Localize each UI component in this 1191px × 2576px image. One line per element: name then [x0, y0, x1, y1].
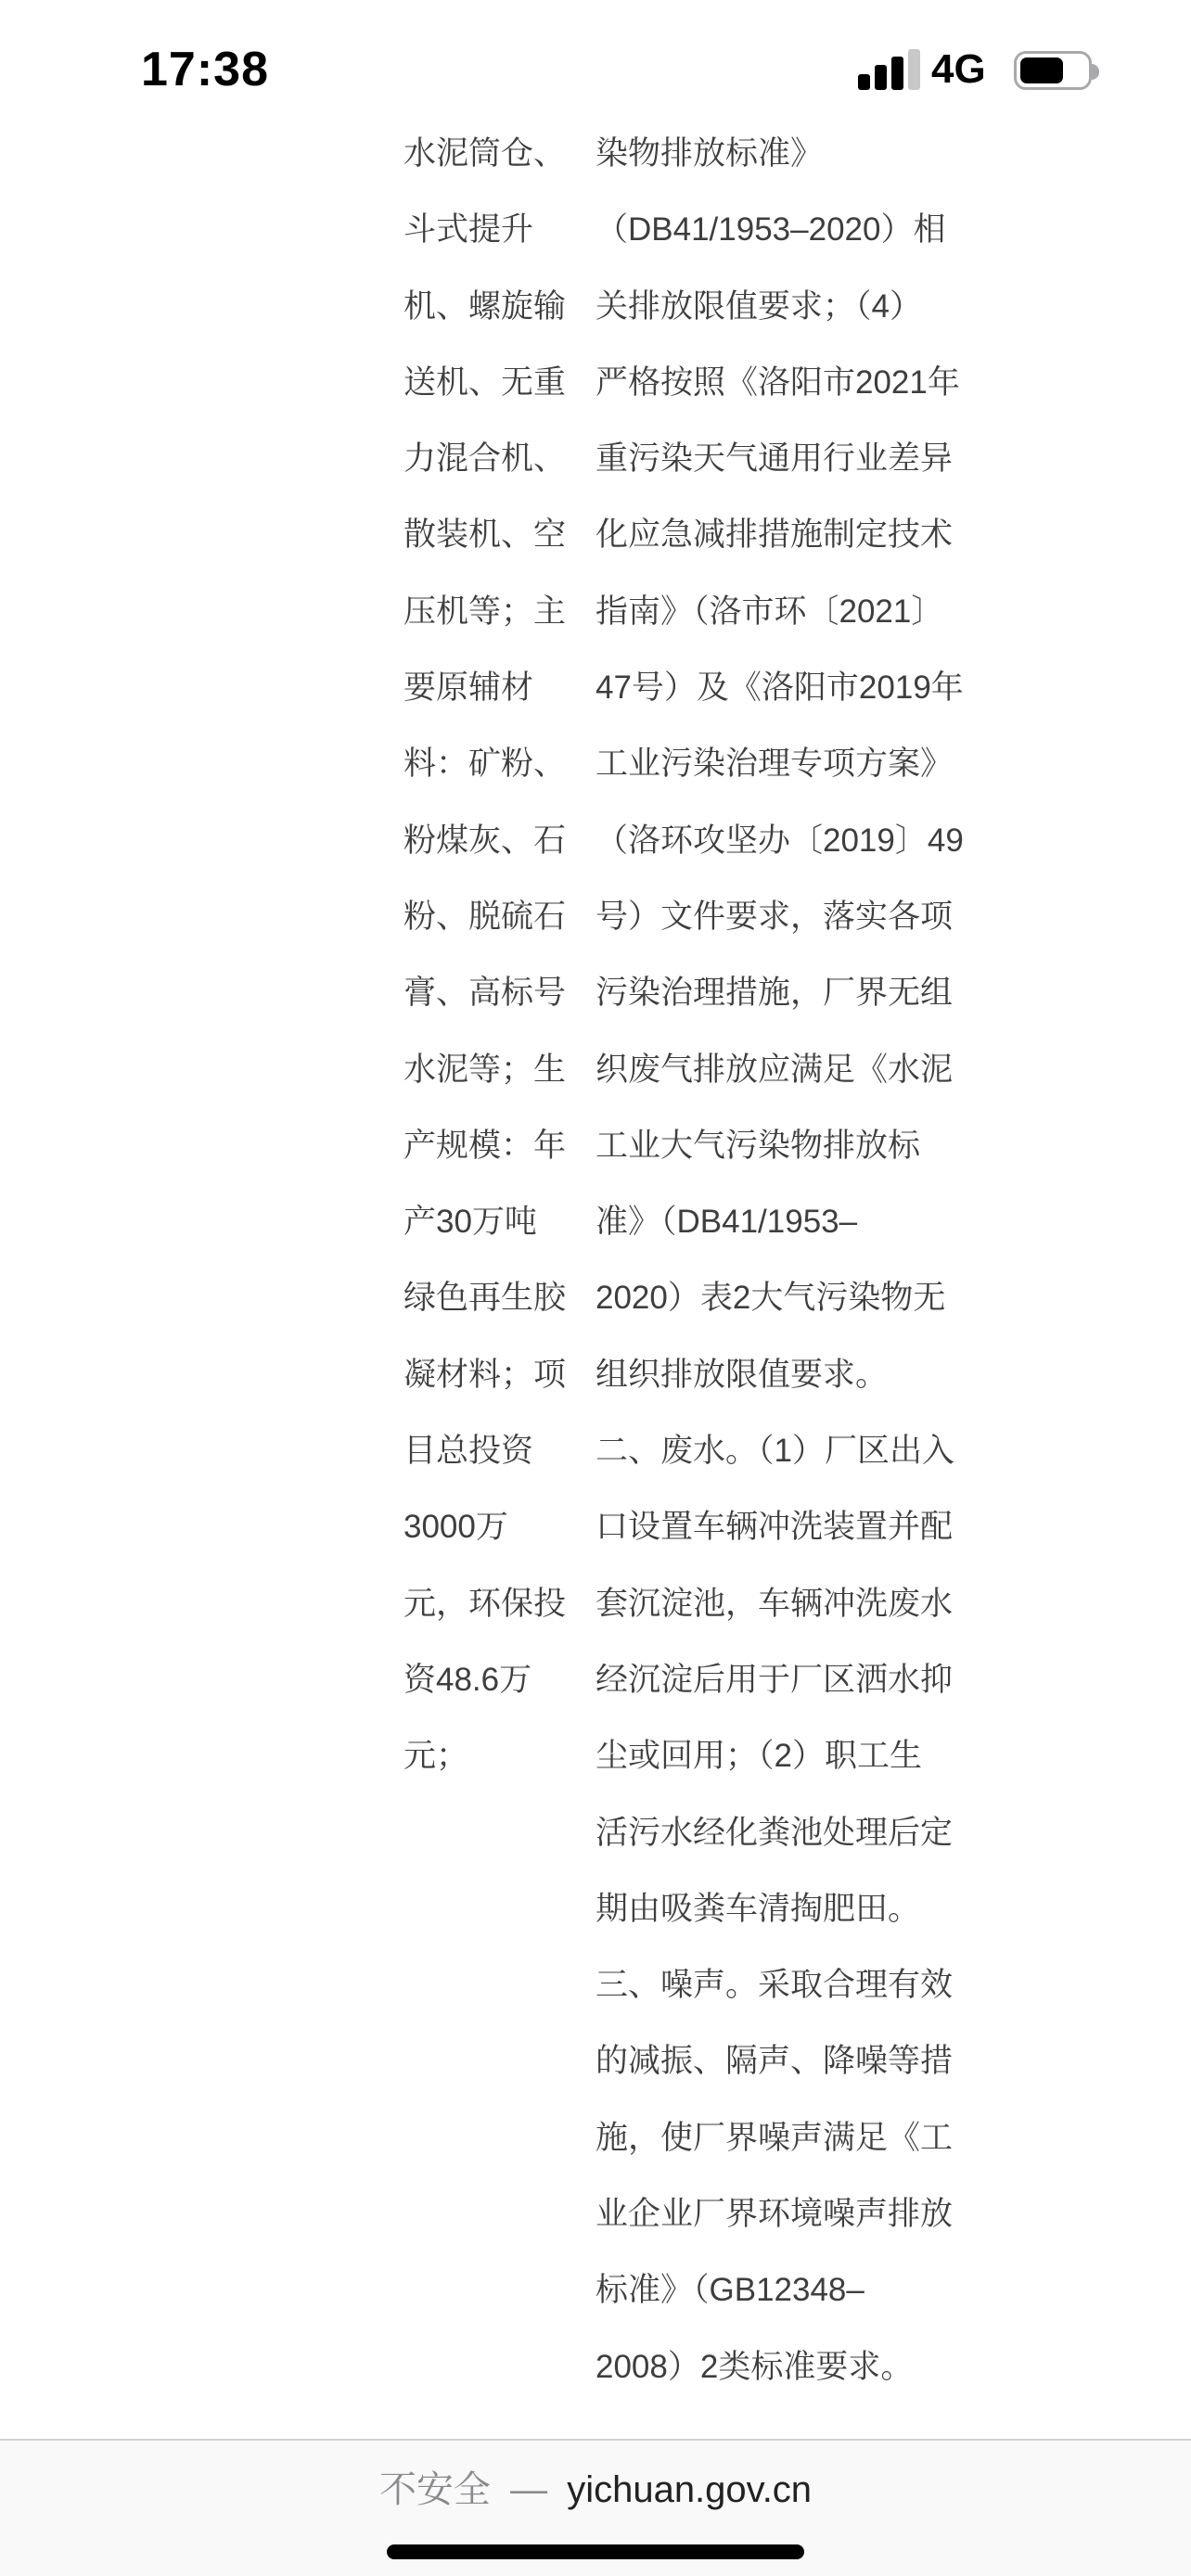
- text-line: 2008）2类标准要求。: [595, 2329, 1041, 2405]
- safari-page: 17:38 4G 水泥筒仓、斗式提升机、螺旋输送机、无重力混合机、散装机、空压机…: [0, 0, 1191, 2576]
- text-line: 口设置车辆冲洗装置并配: [595, 1489, 1041, 1565]
- text-line: 料：矿粉、: [403, 726, 594, 802]
- safari-address-bar[interactable]: 不安全 — yichuan.gov.cn: [0, 2439, 1191, 2576]
- text-line: 二、废水。（1）厂区出入: [595, 1413, 1041, 1489]
- text-line: 组织排放限值要求。: [595, 1337, 1041, 1413]
- home-indicator[interactable]: [387, 2544, 804, 2559]
- status-bar: 17:38 4G: [0, 0, 1191, 121]
- text-line: 凝材料；项: [403, 1337, 594, 1413]
- text-line: 机、螺旋输: [403, 269, 594, 345]
- text-line: 工业污染治理专项方案》: [595, 726, 1041, 802]
- text-line: 工业大气污染物排放标: [595, 1108, 1041, 1184]
- text-line: 2020）表2大气污染物无: [595, 1260, 1041, 1336]
- text-line: 化应急减排措施制定技术: [595, 497, 1041, 573]
- text-line: 目总投资: [403, 1413, 594, 1489]
- text-line: 水泥等；生: [403, 1032, 594, 1108]
- text-line: 产30万吨: [403, 1184, 594, 1260]
- text-line: 水泥筒仓、: [403, 116, 594, 192]
- text-line: 元；: [403, 1718, 594, 1794]
- text-line: 指南》（洛市环〔2021〕: [595, 574, 1041, 650]
- table-cell-environmental-measures: 染物排放标准》（DB41/1953–2020）相关排放限值要求；（4）严格按照《…: [595, 116, 1041, 2405]
- text-line: 染物排放标准》: [595, 116, 1041, 192]
- text-line: 织废气排放应满足《水泥: [595, 1032, 1041, 1108]
- text-line: 产规模：年: [403, 1108, 594, 1184]
- text-line: 斗式提升: [403, 192, 594, 268]
- text-line: 压机等；主: [403, 574, 594, 650]
- url-separator-dash: —: [510, 2469, 547, 2510]
- battery-icon: [1014, 51, 1092, 90]
- text-line: 重污染天气通用行业差异: [595, 421, 1041, 497]
- text-line: 的减振、隔声、降噪等措: [595, 2023, 1041, 2099]
- text-line: 号）文件要求，落实各项: [595, 879, 1041, 955]
- text-line: 元，环保投: [403, 1566, 594, 1642]
- signal-bar-1: [858, 74, 870, 90]
- text-line: 标准》（GB12348–: [595, 2252, 1041, 2328]
- text-line: 膏、高标号: [403, 955, 594, 1031]
- text-line: 经沉淀后用于厂区洒水抑: [595, 1642, 1041, 1718]
- signal-bar-4-empty: [908, 49, 920, 90]
- text-line: 期由吸粪车清掏肥田。: [595, 1871, 1041, 1947]
- text-line: （洛环攻坚办〔2019〕49: [595, 803, 1041, 879]
- text-line: 要原辅材: [403, 650, 594, 726]
- text-line: 力混合机、: [403, 421, 594, 497]
- text-line: 送机、无重: [403, 345, 594, 421]
- text-line: 施，使厂界噪声满足《工: [595, 2100, 1041, 2176]
- signal-strength-icon: [858, 49, 920, 90]
- text-line: （DB41/1953–2020）相: [595, 192, 1041, 268]
- text-line: 47号）及《洛阳市2019年: [595, 650, 1041, 726]
- text-line: 三、噪声。采取合理有效: [595, 1947, 1041, 2023]
- text-line: 准》（DB41/1953–: [595, 1184, 1041, 1260]
- text-line: 严格按照《洛阳市2021年: [595, 345, 1041, 421]
- text-line: 业企业厂界环境噪声排放: [595, 2176, 1041, 2252]
- text-line: 污染治理措施，厂界无组: [595, 955, 1041, 1031]
- text-line: 3000万: [403, 1489, 594, 1565]
- battery-nub: [1092, 64, 1099, 80]
- text-line: 关排放限值要求；（4）: [595, 269, 1041, 345]
- signal-bar-2: [875, 65, 887, 90]
- text-line: 尘或回用；（2）职工生: [595, 1718, 1041, 1794]
- text-line: 资48.6万: [403, 1642, 594, 1718]
- network-type-label: 4G: [931, 46, 986, 93]
- domain-label: yichuan.gov.cn: [567, 2469, 812, 2510]
- text-line: 绿色再生胶: [403, 1260, 594, 1336]
- text-line: 套沉淀池，车辆冲洗废水: [595, 1566, 1041, 1642]
- clock-label: 17:38: [119, 45, 291, 94]
- address-bar-url: 不安全 — yichuan.gov.cn: [0, 2468, 1191, 2511]
- not-secure-label: 不安全: [379, 2469, 491, 2510]
- signal-bar-3: [891, 57, 903, 90]
- text-line: 粉煤灰、石: [403, 803, 594, 879]
- page-scroll-area[interactable]: 水泥筒仓、斗式提升机、螺旋输送机、无重力混合机、散装机、空压机等；主要原辅材料：…: [0, 116, 1191, 2434]
- text-line: 粉、脱硫石: [403, 879, 594, 955]
- table-cell-project-overview: 水泥筒仓、斗式提升机、螺旋输送机、无重力混合机、散装机、空压机等；主要原辅材料：…: [403, 116, 594, 1795]
- battery-fill-level: [1020, 57, 1063, 83]
- text-line: 活污水经化粪池处理后定: [595, 1795, 1041, 1871]
- text-line: 散装机、空: [403, 497, 594, 573]
